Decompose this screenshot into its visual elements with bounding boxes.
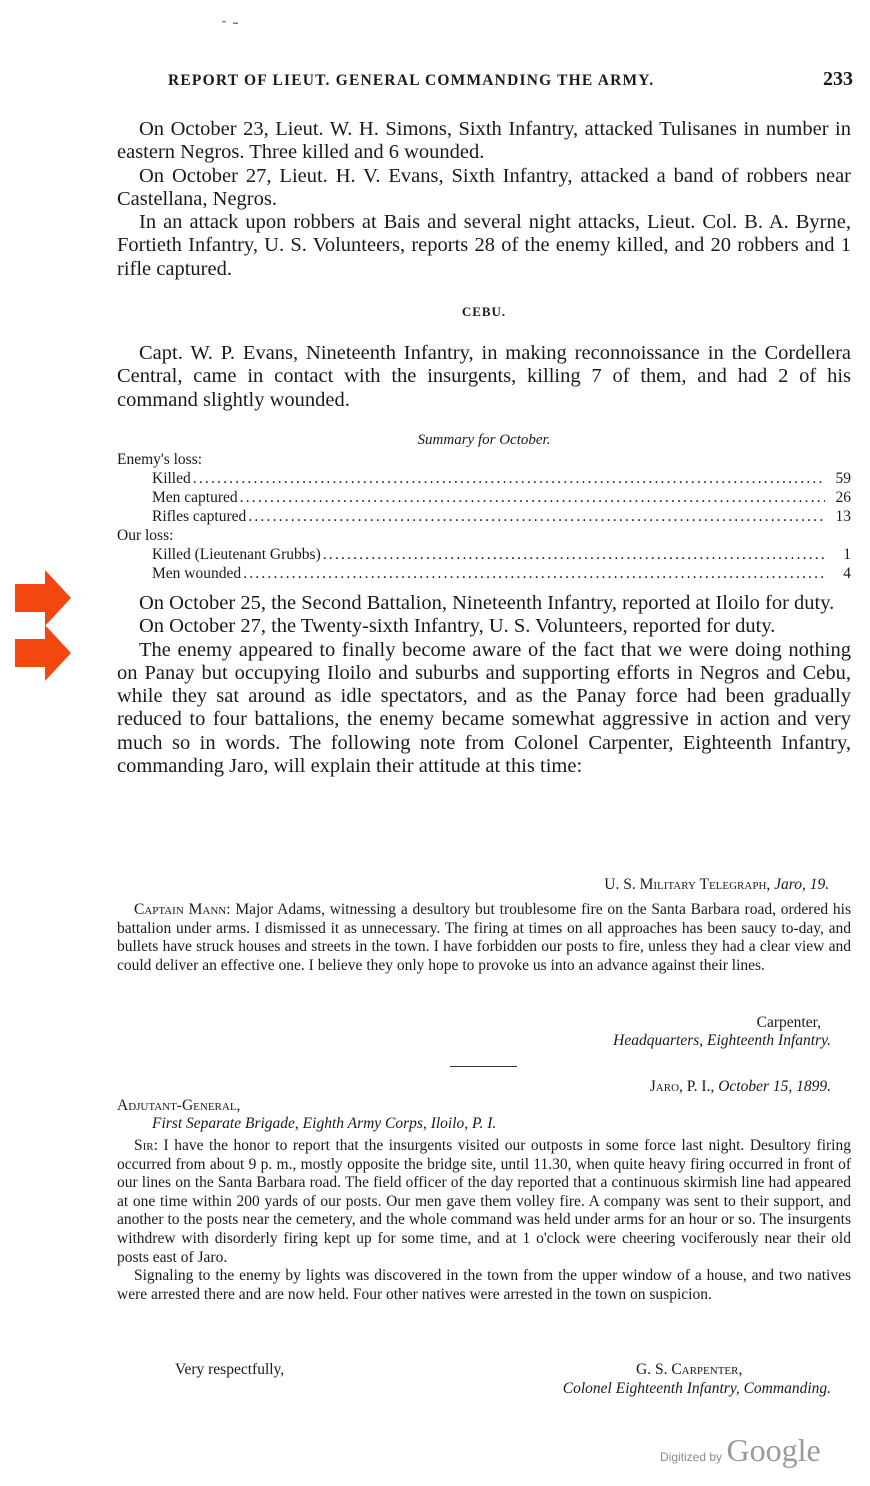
table-row: Killed .................................… [117, 469, 851, 488]
negros-section: On October 23, Lieut. W. H. Simons, Sixt… [117, 118, 851, 281]
summary-title: Summary for October. [117, 432, 851, 449]
running-header: REPORT OF LIEUT. GENERAL COMMANDING THE … [168, 68, 853, 98]
signature-name: G. S. Carpenter, [636, 1361, 742, 1378]
letter-dateline: Jaro, P. I., October 15, 1899. [117, 1078, 851, 1097]
header-title: REPORT OF LIEUT. GENERAL COMMANDING THE … [168, 72, 654, 90]
letter-text: I have the honor to report that the insu… [117, 1137, 851, 1266]
scan-speck [222, 21, 240, 24]
letter-addressee: Adjutant-General, [117, 1097, 851, 1116]
page-number: 233 [823, 68, 853, 91]
cebu-section: Capt. W. P. Evans, Nineteenth Infantry, … [117, 342, 851, 412]
letter-closing: Very respectfully, [175, 1361, 475, 1380]
letter-signature: G. S. Carpenter, [636, 1361, 836, 1380]
paragraph: On October 23, Lieut. W. H. Simons, Sixt… [117, 118, 851, 165]
right-arrow-icon [15, 570, 71, 626]
row-value: 59 [829, 469, 851, 488]
leader-dots: ........................................… [243, 564, 825, 583]
paragraph: Capt. W. P. Evans, Nineteenth Infantry, … [117, 342, 851, 412]
table-row: Men captured ...........................… [117, 488, 851, 507]
summary-table: Enemy's loss: Killed ...................… [117, 450, 851, 583]
row-label: Killed (Lieutenant Grubbs) [152, 545, 321, 564]
row-value: 1 [829, 545, 851, 564]
row-value: 4 [829, 564, 851, 583]
row-label: Men captured [152, 488, 238, 507]
telegram-dateline: U. S. Military Telegraph, Jaro, 19. [117, 876, 851, 895]
section-heading-cebu: CEBU. [117, 304, 851, 320]
leader-dots: ........................................… [248, 507, 825, 526]
row-value: 13 [829, 507, 851, 526]
row-value: 26 [829, 488, 851, 507]
telegram-signature-title: Headquarters, Eighteenth Infantry. [117, 1032, 851, 1051]
letter-body: Sir: I have the honor to report that the… [117, 1137, 851, 1304]
letter-place: Jaro, P. I., [650, 1078, 715, 1095]
table-row: Rifles captured ........................… [117, 507, 851, 526]
leader-dots: ........................................… [193, 469, 825, 488]
telegram-place: Jaro, 19. [774, 876, 829, 893]
group-label-enemy-loss: Enemy's loss: [117, 450, 851, 469]
telegram-body: Captain Mann: Major Adams, witnessing a … [117, 901, 851, 975]
highlighted-paragraph: On October 25, the Second Battalion, Nin… [117, 592, 851, 615]
row-label: Rifles captured [152, 507, 246, 526]
letter-addressee-line2: First Separate Brigade, Eighth Army Corp… [152, 1115, 851, 1134]
digitized-by-google-watermark: Digitized by Google [660, 1432, 821, 1469]
google-logo: Google [726, 1432, 820, 1468]
group-label-our-loss: Our loss: [117, 526, 851, 545]
telegram-org: U. S. Military Telegraph, [604, 876, 770, 893]
letter-signature-title: Colonel Eighteenth Infantry, Commanding. [117, 1380, 851, 1399]
paragraph: In an attack upon robbers at Bais and se… [117, 211, 851, 281]
letter-text: Signaling to the enemy by lights was dis… [117, 1267, 851, 1304]
right-arrow-icon [15, 625, 71, 681]
letter-date: October 15, 1899. [718, 1078, 831, 1095]
leader-dots: ........................................… [240, 488, 825, 507]
leader-dots: ........................................… [323, 545, 825, 564]
paragraph: On October 27, Lieut. H. V. Evans, Sixth… [117, 165, 851, 212]
highlighted-section: On October 25, the Second Battalion, Nin… [117, 592, 851, 778]
divider [450, 1066, 517, 1067]
table-row: Men wounded ............................… [117, 564, 851, 583]
telegram-signature: Carpenter, [117, 1014, 851, 1033]
row-label: Killed [152, 469, 191, 488]
row-label: Men wounded [152, 564, 241, 583]
table-row: Killed (Lieutenant Grubbs) .............… [117, 545, 851, 564]
watermark-prefix: Digitized by [660, 1450, 722, 1464]
telegram-salutation: Captain Mann: [134, 901, 231, 918]
letter-salutation: Sir: [134, 1137, 158, 1154]
paragraph: The enemy appeared to finally become awa… [117, 639, 851, 779]
highlighted-paragraph: On October 27, the Twenty-sixth Infantry… [117, 615, 851, 638]
